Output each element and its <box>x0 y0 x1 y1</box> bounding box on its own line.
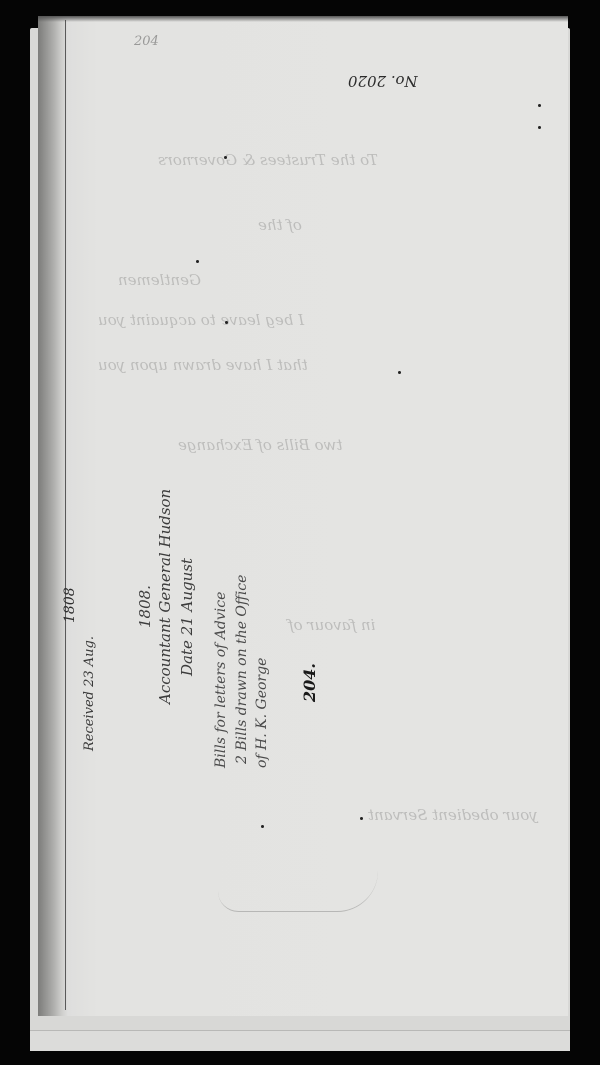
scan-frame: To the Trustees & Governors of the Gentl… <box>0 0 600 1065</box>
ink-speck <box>538 126 541 129</box>
bottom-sheet-edge <box>30 1030 570 1051</box>
show-through-text: of the <box>258 216 302 234</box>
ink-speck <box>224 156 227 159</box>
fold-line <box>65 20 66 1010</box>
docket-subject: Bills for letters of Advice <box>213 592 229 768</box>
margin-received-note: Received 23 Aug. <box>82 636 97 751</box>
show-through-text: two Bills of Exchange <box>178 436 342 454</box>
ink-speck <box>538 104 541 107</box>
docket-date: Date 21 August <box>178 558 196 676</box>
show-through-text: To the Trustees & Governors <box>158 151 378 169</box>
ink-speck <box>225 321 228 324</box>
ink-speck <box>196 260 199 263</box>
show-through-text: Gentlemen <box>118 271 201 289</box>
signature-flourish <box>218 871 378 912</box>
document-number: No. 2020 <box>348 72 418 90</box>
docket-subject: 2 Bills drawn on the Office <box>234 575 250 764</box>
show-through-text: I beg leave to acquaint you <box>98 311 304 329</box>
margin-year: 1808 <box>62 587 78 623</box>
docket-number: 204. <box>300 663 319 702</box>
show-through-text: your obedient Servant <box>368 806 538 824</box>
docket-subject: of H. K. George <box>254 658 270 768</box>
docket-year: 1808. <box>136 585 154 628</box>
docket-author: Accountant General Hudson <box>156 489 174 704</box>
ink-speck <box>261 825 264 828</box>
page-shadow <box>38 16 568 22</box>
show-through-text: that I have drawn upon you <box>98 356 308 374</box>
document-page: To the Trustees & Governors of the Gentl… <box>38 16 568 1016</box>
ink-speck <box>360 817 363 820</box>
show-through-text: in favour of <box>288 616 375 634</box>
ink-speck <box>398 371 401 374</box>
page-number: 204 <box>134 34 159 49</box>
